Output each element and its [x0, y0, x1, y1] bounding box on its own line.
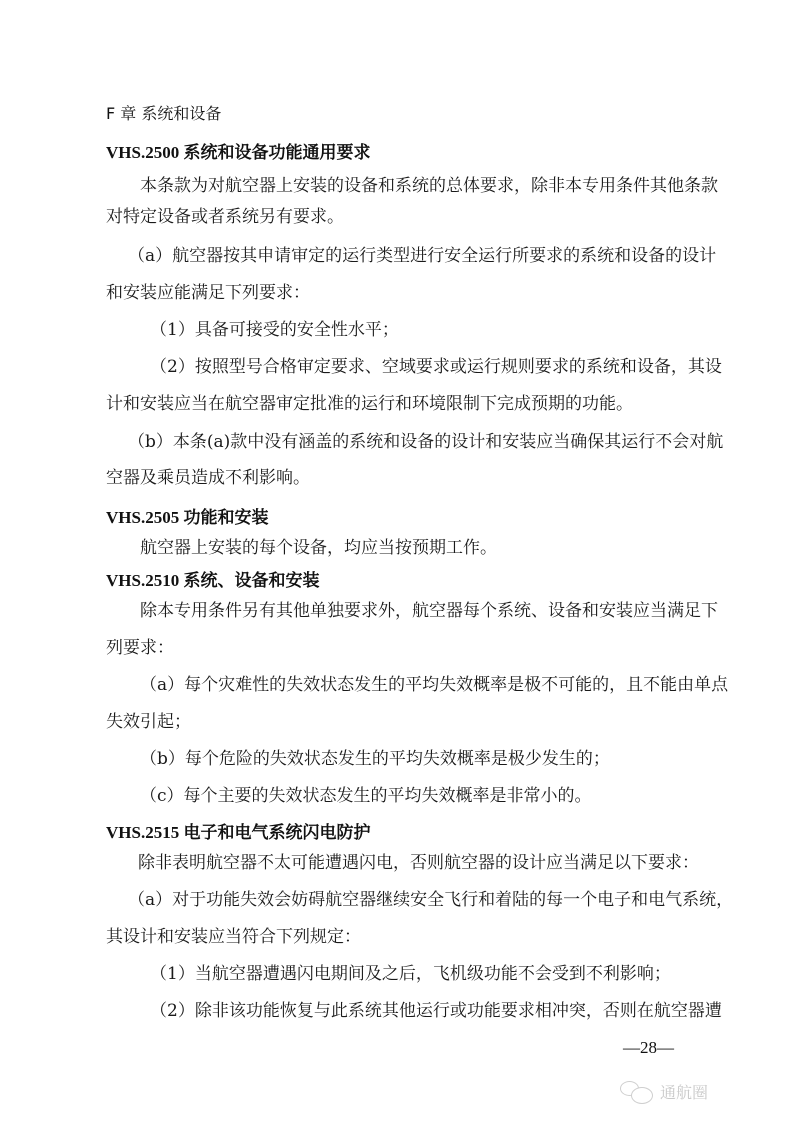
section-heading-2500: VHS.2500 系统和设备功能通用要求 — [106, 143, 370, 163]
watermark: 通航圈 — [620, 1080, 708, 1103]
clause-a: （a）对于功能失效会妨碍航空器继续安全飞行和着陆的每一个电子和电气系统， — [128, 890, 733, 910]
section-heading-2510: VHS.2510 系统、设备和安装 — [106, 571, 319, 591]
watermark-text: 通航圈 — [660, 1080, 708, 1103]
clause-a: （a）航空器按其申请审定的运行类型进行安全运行所要求的系统和设备的设计 — [128, 246, 716, 266]
paragraph-line: 空器及乘员造成不利影响。 — [106, 468, 310, 488]
clause-b: （b）每个危险的失效状态发生的平均失效概率是极少发生的； — [140, 749, 610, 769]
clause-a-1: （1）具备可接受的安全性水平； — [150, 320, 399, 340]
clause-b: （b）本条(a)款中没有涵盖的系统和设备的设计和安装应当确保其运行不会对航 — [128, 432, 723, 452]
paragraph-line: 对特定设备或者系统另有要求。 — [106, 207, 344, 227]
paragraph-line: 失效引起； — [106, 712, 191, 732]
clause-a-2: （2）按照型号合格审定要求、空域要求或运行规则要求的系统和设备，其设 — [150, 357, 722, 377]
paragraph-line: 列要求： — [106, 638, 174, 658]
paragraph-line: 本条款为对航空器上安装的设备和系统的总体要求，除非本专用条件其他条款 — [140, 176, 718, 196]
section-heading-2505: VHS.2505 功能和安装 — [106, 508, 268, 528]
clause-a-2: （2）除非该功能恢复与此系统其他运行或功能要求相冲突，否则在航空器遭 — [150, 1001, 722, 1021]
paragraph-line: 和安装应能满足下列要求： — [106, 283, 310, 303]
paragraph-line: 计和安装应当在航空器审定批准的运行和环境限制下完成预期的功能。 — [106, 394, 633, 414]
clause-a-1: （1）当航空器遭遇闪电期间及之后，飞机级功能不会受到不利影响； — [150, 964, 671, 984]
paragraph-line: 除本专用条件另有其他单独要求外，航空器每个系统、设备和安装应当满足下 — [140, 601, 718, 621]
paragraph-line: 其设计和安装应当符合下列规定： — [106, 927, 361, 947]
document-page: F 章 系统和设备 VHS.2500 系统和设备功能通用要求 本条款为对航空器上… — [0, 0, 800, 1131]
paragraph-line: 航空器上安装的每个设备，均应当按预期工作。 — [140, 538, 497, 558]
clause-c: （c）每个主要的失效状态发生的平均失效概率是非常小的。 — [140, 786, 592, 806]
wechat-icon — [620, 1081, 654, 1103]
paragraph-line: 除非表明航空器不太可能遭遇闪电，否则航空器的设计应当满足以下要求： — [138, 853, 699, 873]
chapter-title: F 章 系统和设备 — [106, 104, 221, 124]
clause-a: （a）每个灾难性的失效状态发生的平均失效概率是极不可能的，且不能由单点 — [140, 675, 728, 695]
section-heading-2515: VHS.2515 电子和电气系统闪电防护 — [106, 823, 370, 843]
page-number: —28— — [623, 1038, 674, 1058]
